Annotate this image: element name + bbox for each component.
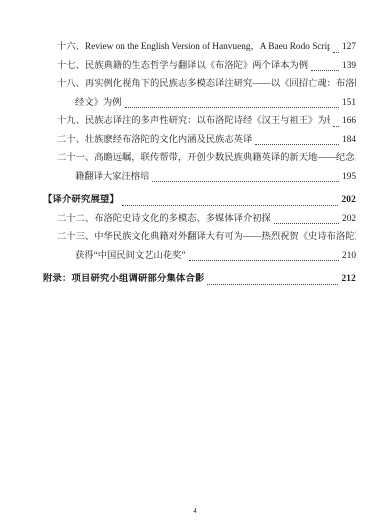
toc-entry-label: 【译介研究展望】 <box>43 191 119 210</box>
toc-page-number: 212 <box>341 270 356 289</box>
dot-leader <box>207 284 338 285</box>
toc-entry-label: 十六、Review on the English Version of Hanv… <box>57 38 330 57</box>
toc-entry: 二十、壮族麽经布洛陀的文化内涵及民族志英译184 <box>43 131 356 150</box>
dot-leader <box>122 205 338 206</box>
toc-page-number: 195 <box>342 168 356 187</box>
toc-entry: 经文》为例151 <box>43 94 356 113</box>
dot-leader <box>152 181 339 182</box>
toc-entry: 籍翻译大家汪榕培195 <box>43 168 356 187</box>
toc-entry-label: 籍翻译大家汪榕培 <box>75 168 149 187</box>
toc-entry-label: 二十一、高瞻远瞩，联传帮带，开创少数民族典籍英译的新天地——纪念典 <box>57 149 356 168</box>
dot-leader <box>255 144 339 145</box>
toc-entry: 十六、Review on the English Version of Hanv… <box>43 38 356 57</box>
toc-entry-label: 十七、民族典籍的生态哲学与翻译以《布洛陀》两个译本为例 <box>57 57 308 76</box>
toc-entry: 十九、民族志译注的多声性研究：以布洛陀诗经《汉王与祖王》为例166 <box>43 112 356 131</box>
toc-page-number: 202 <box>341 191 356 210</box>
toc-page-number: 166 <box>342 112 356 131</box>
toc-page-number: 139 <box>342 57 356 76</box>
toc-section: 【译介研究展望】202 <box>43 191 356 210</box>
toc-entry-label: 二十三、中华民族文化典籍对外翻译大有可为——热烈祝贺《史诗布洛陀》 <box>57 228 356 247</box>
toc-entry-label: 附录：项目研究小组调研部分集体合影 <box>43 270 204 289</box>
toc-section: 附录：项目研究小组调研部分集体合影212 <box>43 270 356 289</box>
toc-entry: 二十三、中华民族文化典籍对外翻译大有可为——热烈祝贺《史诗布洛陀》 <box>43 228 356 247</box>
toc-entry: 十七、民族典籍的生态哲学与翻译以《布洛陀》两个译本为例139 <box>43 57 356 76</box>
toc-page-number: 127 <box>342 38 356 57</box>
toc-page-number: 151 <box>342 94 356 113</box>
toc-entry-label: 二十、壮族麽经布洛陀的文化内涵及民族志英译 <box>57 131 252 150</box>
toc-entry: 二十一、高瞻远瞩，联传帮带，开创少数民族典籍英译的新天地——纪念典 <box>43 149 356 168</box>
dot-leader <box>274 223 339 224</box>
toc-entry-label: 十八、再实例化视角下的民族志多模态译注研究——以《回招亡魂：布洛陀 <box>57 75 356 94</box>
dot-leader <box>333 52 339 53</box>
toc-page-number: 210 <box>342 247 356 266</box>
page-number-footer: 4 <box>0 507 390 515</box>
toc-page-number: 202 <box>342 210 356 229</box>
toc-entry: 十八、再实例化视角下的民族志多模态译注研究——以《回招亡魂：布洛陀 <box>43 75 356 94</box>
document-page: 十六、Review on the English Version of Hanv… <box>0 0 390 528</box>
toc-entry-label: 二十二、布洛陀史诗文化的多模态、多媒体译介初探 <box>57 210 271 229</box>
dot-leader <box>311 70 339 71</box>
dot-leader <box>333 126 339 127</box>
toc-entry-label: 获得“中国民间文艺山花奖” <box>75 247 186 266</box>
toc-page-number: 184 <box>342 131 356 150</box>
dot-leader <box>125 107 340 108</box>
toc-entry: 获得“中国民间文艺山花奖”210 <box>43 247 356 266</box>
toc-entry-label: 经文》为例 <box>75 94 122 113</box>
dot-leader <box>189 260 340 261</box>
toc-entry-label: 十九、民族志译注的多声性研究：以布洛陀诗经《汉王与祖王》为例 <box>57 112 330 131</box>
toc-entry: 二十二、布洛陀史诗文化的多模态、多媒体译介初探202 <box>43 210 356 229</box>
toc-list: 十六、Review on the English Version of Hanv… <box>43 38 356 289</box>
